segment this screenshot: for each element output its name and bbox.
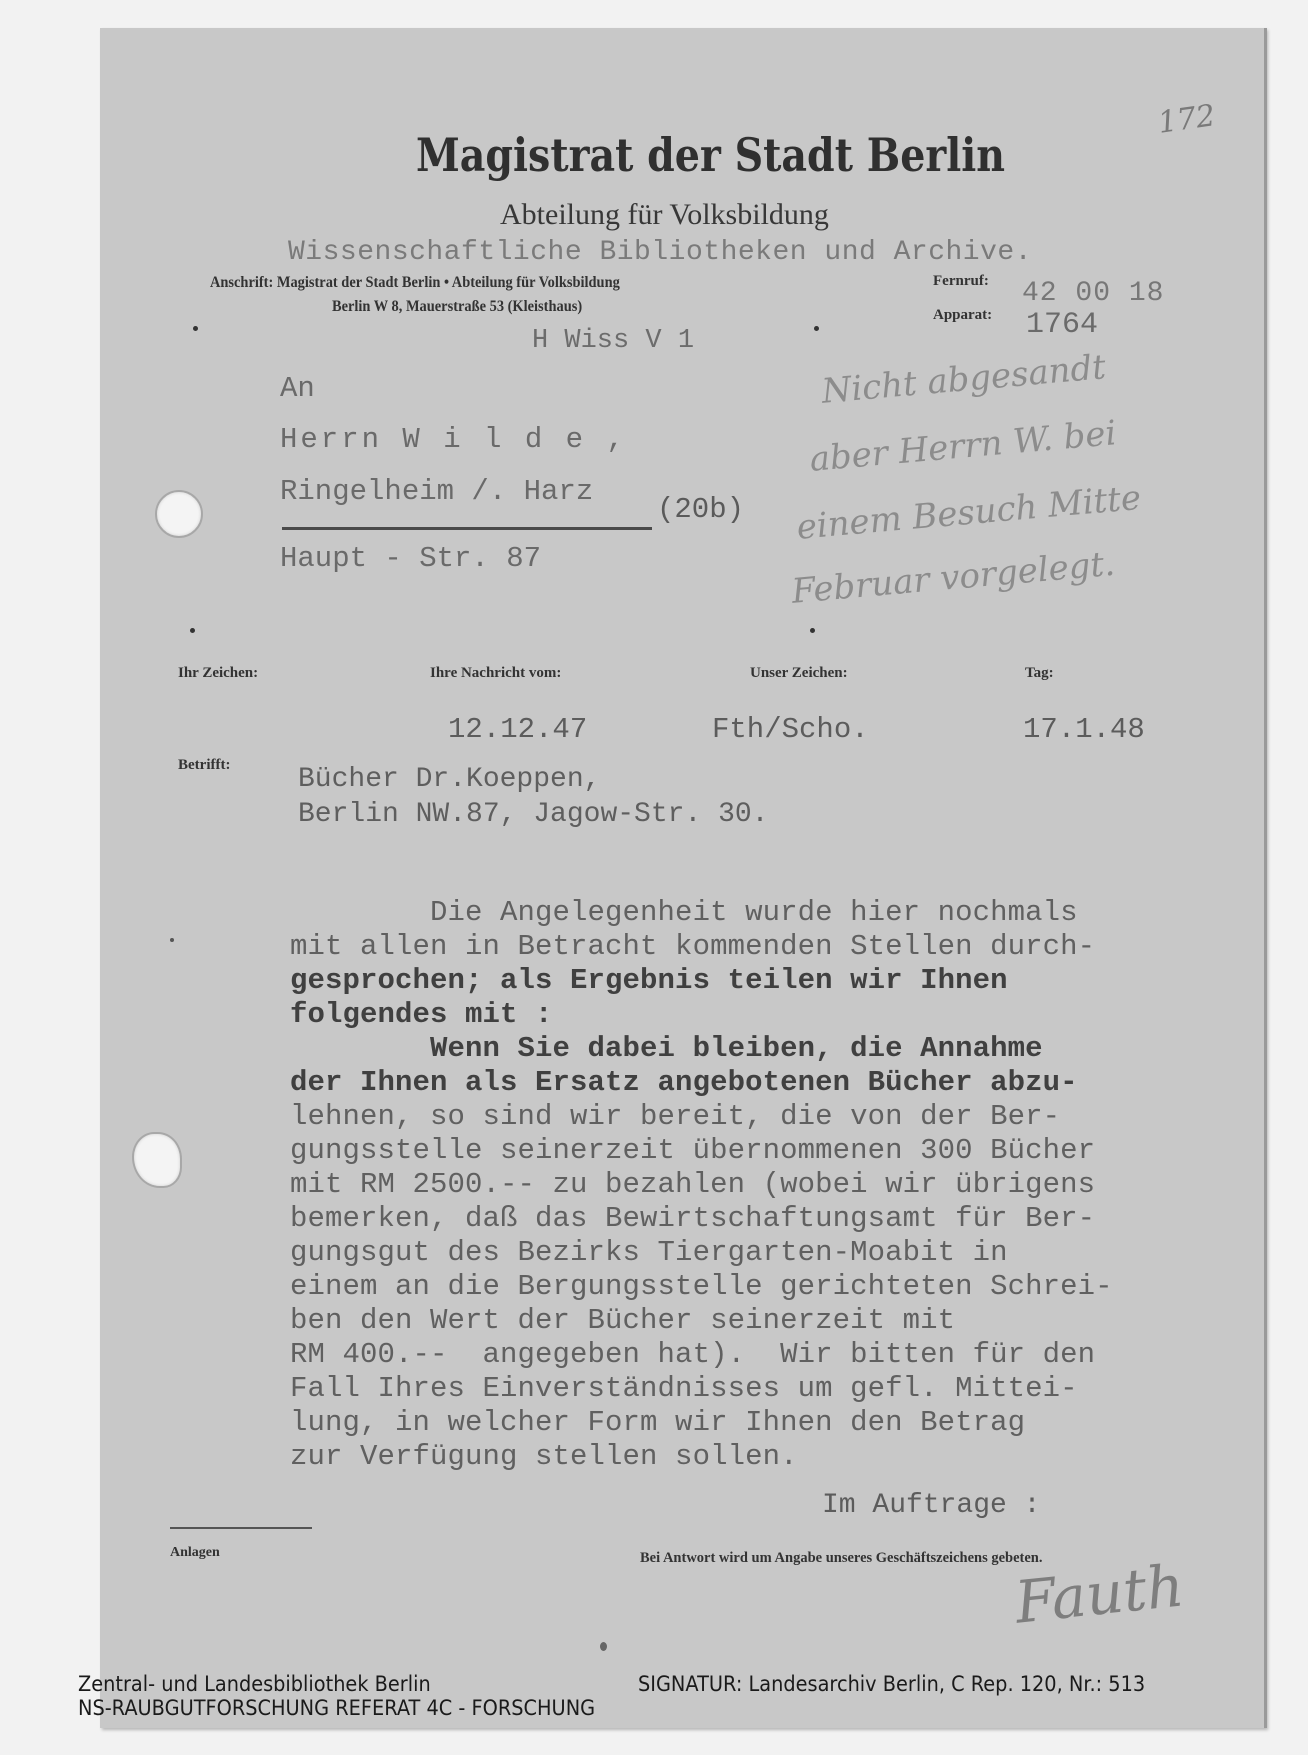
internal-reference: H Wiss V 1: [532, 326, 694, 356]
letterhead-department: Abteilung für Volksbildung: [500, 198, 829, 232]
letterhead-division: Wissenschaftliche Bibliotheken und Archi…: [288, 237, 1032, 268]
body-line: ben den Wert der Bücher seinerzeit mit: [290, 1304, 955, 1337]
date-label: Tag:: [1025, 665, 1054, 682]
our-sign-value: Fth/Scho.: [712, 713, 869, 746]
body-line: mit allen in Betracht kommenden Stellen …: [290, 930, 1095, 963]
archive-signature: SIGNATUR: Landesarchiv Berlin, C Rep. 12…: [638, 1672, 1145, 1696]
recipient-street: Haupt - Str. 87: [280, 542, 541, 575]
attachments-rule: [170, 1527, 312, 1529]
body-line: Die Angelegenheit wurde hier nochmals: [290, 896, 1078, 929]
body-line: bemerken, daß das Bewirtschaftungsamt fü…: [290, 1202, 1095, 1235]
extension-label: Apparat:: [933, 307, 992, 324]
body-line: gungsgut des Bezirks Tiergarten-Moabit i…: [290, 1236, 1008, 1269]
letterhead-title: Magistrat der Stadt Berlin: [330, 128, 1090, 182]
body-line: der Ihnen als Ersatz angebotenen Bücher …: [290, 1066, 1078, 1099]
subject-line1: Bücher Dr.Koeppen,: [298, 764, 600, 795]
margin-dot: [190, 628, 195, 633]
reply-note: Bei Antwort wird um Angabe unseres Gesch…: [640, 1550, 1043, 1567]
archive-institution: Zentral- und Landesbibliothek Berlin: [78, 1672, 431, 1696]
body-line: einem an die Bergungsstelle gerichteten …: [290, 1270, 1113, 1303]
body-line: gesprochen; als Ergebnis teilen wir Ihne…: [290, 964, 1008, 997]
phone-value: 42 00 18: [1022, 278, 1164, 309]
recipient-city-underline: [282, 527, 652, 530]
phone-label: Fernruf:: [933, 273, 989, 290]
margin-dot: [170, 938, 174, 942]
attachments-label: Anlagen: [170, 1545, 220, 1561]
margin-dot: [600, 1642, 607, 1651]
recipient-prefix: An: [280, 372, 315, 405]
body-line: Wenn Sie dabei bleiben, die Annahme: [290, 1032, 1043, 1065]
your-message-label: Ihre Nachricht vom:: [430, 665, 561, 682]
body-line: folgendes mit :: [290, 998, 553, 1031]
your-sign-label: Ihr Zeichen:: [178, 665, 258, 682]
body-line: mit RM 2500.-- zu bezahlen (wobei wir üb…: [290, 1168, 1095, 1201]
body-line: lehnen, so sind wir bereit, die von der …: [290, 1100, 1060, 1133]
date-value: 17.1.48: [1023, 713, 1145, 746]
punch-hole-top: [155, 490, 203, 538]
sheet-edge: [1264, 28, 1267, 1728]
our-sign-label: Unser Zeichen:: [750, 665, 848, 682]
letterhead-address-line1: Anschrift: Magistrat der Stadt Berlin • …: [210, 274, 620, 292]
letterhead-address-line2: Berlin W 8, Mauerstraße 53 (Kleisthaus): [332, 298, 582, 316]
body-line: lung, in welcher Form wir Ihnen den Betr…: [290, 1406, 1025, 1439]
subject-line2: Berlin NW.87, Jagow-Str. 30.: [298, 799, 768, 830]
recipient-postal-zone: (20b): [657, 493, 744, 526]
subject-label: Betrifft:: [178, 757, 230, 774]
body-line: gungsstelle seinerzeit übernommenen 300 …: [290, 1134, 1095, 1167]
body-line: Fall Ihres Einverständnisses um gefl. Mi…: [290, 1372, 1078, 1405]
margin-dot: [193, 326, 198, 331]
your-message-value: 12.12.47: [448, 713, 587, 746]
body-line: RM 400.-- angegeben hat). Wir bitten für…: [290, 1338, 1095, 1371]
extension-value: 1764: [1026, 308, 1098, 342]
recipient-city: Ringelheim /. Harz: [280, 475, 593, 508]
recipient-name: Herrn W i l d e ,: [280, 423, 627, 456]
archive-department: NS-RAUBGUTFORSCHUNG REFERAT 4C - FORSCHU…: [78, 1696, 595, 1720]
closing-phrase: Im Auftrage :: [822, 1490, 1040, 1521]
margin-dot: [814, 326, 819, 331]
margin-dot: [810, 628, 815, 633]
body-line: zur Verfügung stellen sollen.: [290, 1440, 798, 1473]
